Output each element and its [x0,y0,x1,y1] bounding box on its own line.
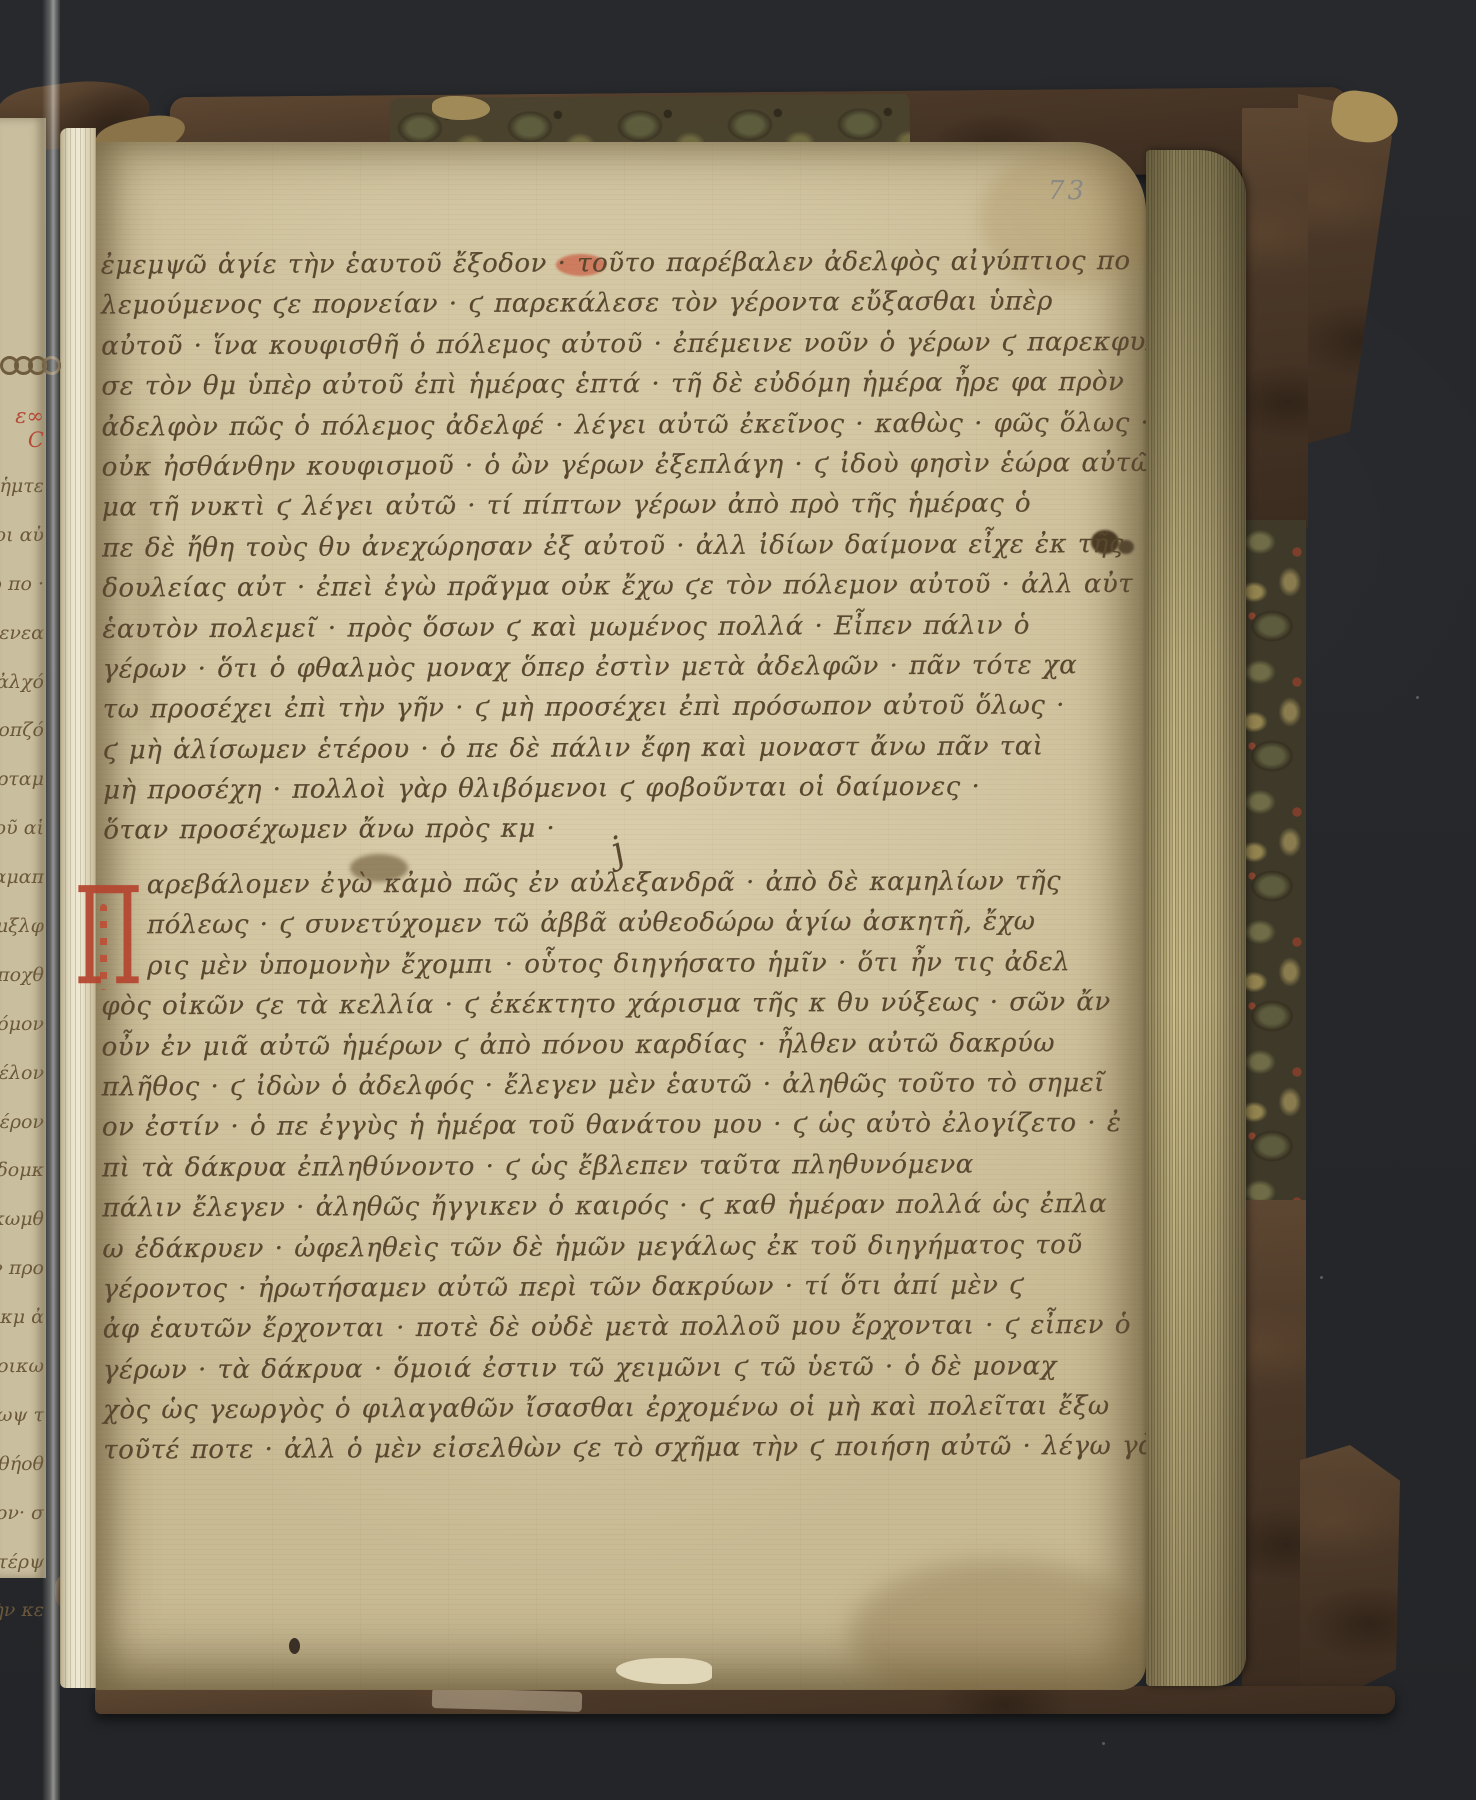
back-cover-right-leather-bottom [1242,1200,1306,1692]
manuscript-line: σε τὸν θμ ὑπὲρ αὐτοῦ ἐπὶ ἡμέρας ἑπτά · τ… [101,362,1146,407]
manuscript-line: ϛ μὴ ἁλίσωμεν ἑτέρου · ὁ πε δὲ πάλιν ἔφη… [103,725,1146,770]
manuscript-line: ἀδελφὸν πῶς ὁ πόλεμος ἀδελφέ · λέγει αὐτ… [101,402,1146,447]
edge-fragment: μξλφ [0,902,46,951]
manuscript-line: ω ἐδάκρυεν · ὠφεληθεὶς τῶν δὲ ἡμῶν μεγάλ… [102,1224,1146,1269]
edge-fragment: ὁ ἔρταμ [0,755,46,804]
edge-fragment: ϛ τοι αὐ [0,511,46,560]
manuscript-line: χὸς ὡς γεωργὸς ὁ φιλαγαθῶν ἴσασθαι ἐρχομ… [103,1386,1146,1431]
manuscript-photo: ε∞ Ϲ ὴ ἡμτεϛ τοι αὐ· ὁ ποπίενεαὶ ἀλχόλοπ… [0,0,1476,1800]
manuscript-line: γέρων · τὰ δάκρυα · ὅμοιά ἐστιν τῶ χειμῶ… [103,1345,1146,1390]
manuscript-line: οὖν ἐν μιᾶ αὐτῶ ἡμέρων ϛ ἀπὸ πόνου καρδί… [101,1022,1146,1067]
manuscript-line: ρις μὲν ὑπομονὴν ἔχομπι · οὗτος διηγήσατ… [147,941,1146,986]
manuscript-line: δουλείας αὐτ · ἐπεὶ ἐγὼ πρᾶγμα οὐκ ἔχω ϛ… [102,564,1146,609]
facing-page-text-fragments: ὴ ἡμτεϛ τοι αὐ· ὁ ποπίενεαὶ ἀλχόλοπζόὁ ἔ… [0,462,46,1635]
back-cover-bottom-edge [95,1686,1395,1714]
edge-fragment: ὶ ἀλχό [0,658,46,707]
manuscript-line: γέρων · ὅτι ὁ φθαλμὸς μοναχ ὅπερ ἐστὶν μ… [102,644,1146,689]
folio-number: 73 [1048,176,1087,206]
cover-damage-notch [432,96,490,120]
fore-edge-page-stack [1146,150,1246,1686]
edge-fragment: ὁ τέρον [0,1098,46,1147]
manuscript-line: φὸς οἰκῶν ϛε τὰ κελλία · ϛ ἐκέκτητο χάρι… [101,982,1146,1027]
manuscript-line: ἀφ ἑαυτῶν ἔρχονται · ποτὲ δὲ οὐδὲ μετὰ π… [103,1305,1146,1350]
dust-speck [1416,696,1419,699]
dust-speck [1320,1276,1323,1279]
paragraph-1: ἐμεμψῶ ἁγίε τὴν ἑαυτοῦ ἔξοδον · τοῦτο πα… [101,240,1146,851]
manuscript-line: πάλιν ἔλεγεν · ἀληθῶς ἤγγικεν ὁ καιρός ·… [102,1184,1146,1229]
manuscript-page: 73 ἐμεμψῶ ἁγίε τὴν ἑαυτοῦ ἔξοδον · τοῦτο… [96,142,1146,1690]
edge-fragment: αμαπ [0,853,46,902]
edge-fragment: τὴν κε [0,1586,46,1635]
edge-fragment: τοῦ αἱ [0,804,46,853]
facing-page-edge: ε∞ Ϲ ὴ ἡμτεϛ τοι αὐ· ὁ ποπίενεαὶ ἀλχόλοπ… [0,118,46,1578]
dust-speck [1102,1742,1105,1745]
manuscript-line: τω προσέχει ἐπὶ τὴν γῆν · ϛ μὴ προσέχει … [103,685,1146,730]
manuscript-line: ἐμεμψῶ ἁγίε τὴν ἑαυτοῦ ἔξοδον · τοῦτο πα… [101,240,1146,285]
edge-fragment: τέρψ [0,1538,46,1587]
manuscript-line: πε δὲ ἤθη τοὺς θυ ἀνεχώρησαν ἐξ αὐτοῦ · … [102,523,1146,568]
manuscript-line: μα τῆ νυκτὶ ϛ λέγει αὐτῶ · τί πίπτων γέρ… [102,483,1146,528]
torn-paper-bit [616,1658,712,1684]
paragraph-2: αρεβάλομεν ἐγὼ κἀμὸ πῶς ἐν αὐλεξανδρᾶ · … [101,861,1146,1472]
manuscript-line: γέροντος · ἠρωτήσαμεν αὐτῶ περὶ τῶν δακρ… [102,1265,1146,1310]
rubric-initial: Π [74,866,143,1009]
edge-fragment: ὴ ἡμτε [0,462,46,511]
manuscript-line: ὅταν προσέχωμεν ἄνω πρὸς κμ · [103,806,1146,851]
manuscript-line: μὴ προσέχη · πολλοὶ γὰρ θλιβόμενοι ϛ φοβ… [103,766,1146,811]
manuscript-line: τοῦτέ ποτε · ἀλλ ὁ μὲν εἰσελθὼν ϛε τὸ σχ… [103,1426,1146,1471]
manuscript-line: πλῆθος · ϛ ἰδὼν ὁ ἀδελφός · ἔλεγεν μὲν ἑ… [102,1063,1146,1108]
manuscript-line: πόλεως · ϛ συνετύχομεν τῶ ἀββᾶ αὐθεοδώρω… [147,901,1146,946]
manuscript-line: ον ἐστίν · ὁ πε ἐγγὺς ἡ ἡμέρα τοῦ θανάτο… [102,1103,1146,1148]
edge-fragment: λοπζό [0,706,46,755]
manuscript-line: λεμούμενος ϛε πορνείαν · ϛ παρεκάλεσε τὸ… [101,281,1146,326]
manuscript-line: αὐτοῦ · ἵνα κουφισθῆ ὁ πόλεμος αὐτοῦ · ἐ… [101,321,1146,366]
glass-edge [42,0,60,1800]
repair-tape [432,1688,582,1712]
edge-fragment: πίενεα [0,609,46,658]
back-cover-right-bottom-wedge [1300,1445,1400,1700]
stain-bottom-right [850,1560,1146,1690]
manuscript-line: αρεβάλομεν ἐγὼ κἀμὸ πῶς ἐν αὐλεξανδρᾶ · … [147,861,1146,906]
edge-fragment: μον· σ [0,1489,46,1538]
manuscript-line: πὶ τὰ δάκρυα ἐπληθύνοντο · ϛ ὡς ἔβλεπεν … [102,1143,1146,1188]
edge-fragment: οδομκ [0,1146,46,1195]
rubric-initial-dots [100,904,107,990]
back-cover-right-leather-top [1242,108,1308,528]
edge-fragment: ϛ ὑποχθ [0,951,46,1000]
edge-fragment: λκμ ἀ [0,1293,46,1342]
edge-fragment: · ὁ πο [0,560,46,609]
manuscript-line: οὐκ ἠσθάνθην κουφισμοῦ · ὁ ὢν γέρων ἐξεπ… [102,442,1146,487]
edge-fragment: ύν προ [0,1244,46,1293]
edge-fragment: κωμθ [0,1195,46,1244]
ink-dot [289,1638,300,1654]
edge-fragment: μέλον [0,1049,46,1098]
manuscript-line: ἑαυτὸν πολεμεῖ · πρὸς ὅσων ϛ καὶ μωμένος… [102,604,1146,649]
edge-fragment: κόμον [0,1000,46,1049]
red-text-fragment: ε∞ Ϲ [0,404,44,452]
edge-fragment: πωψ τ [0,1391,46,1440]
edge-fragment: εθήοθ [0,1440,46,1489]
back-cover-right-marbled-paper [1242,520,1306,1210]
edge-fragment: οικω [0,1342,46,1391]
